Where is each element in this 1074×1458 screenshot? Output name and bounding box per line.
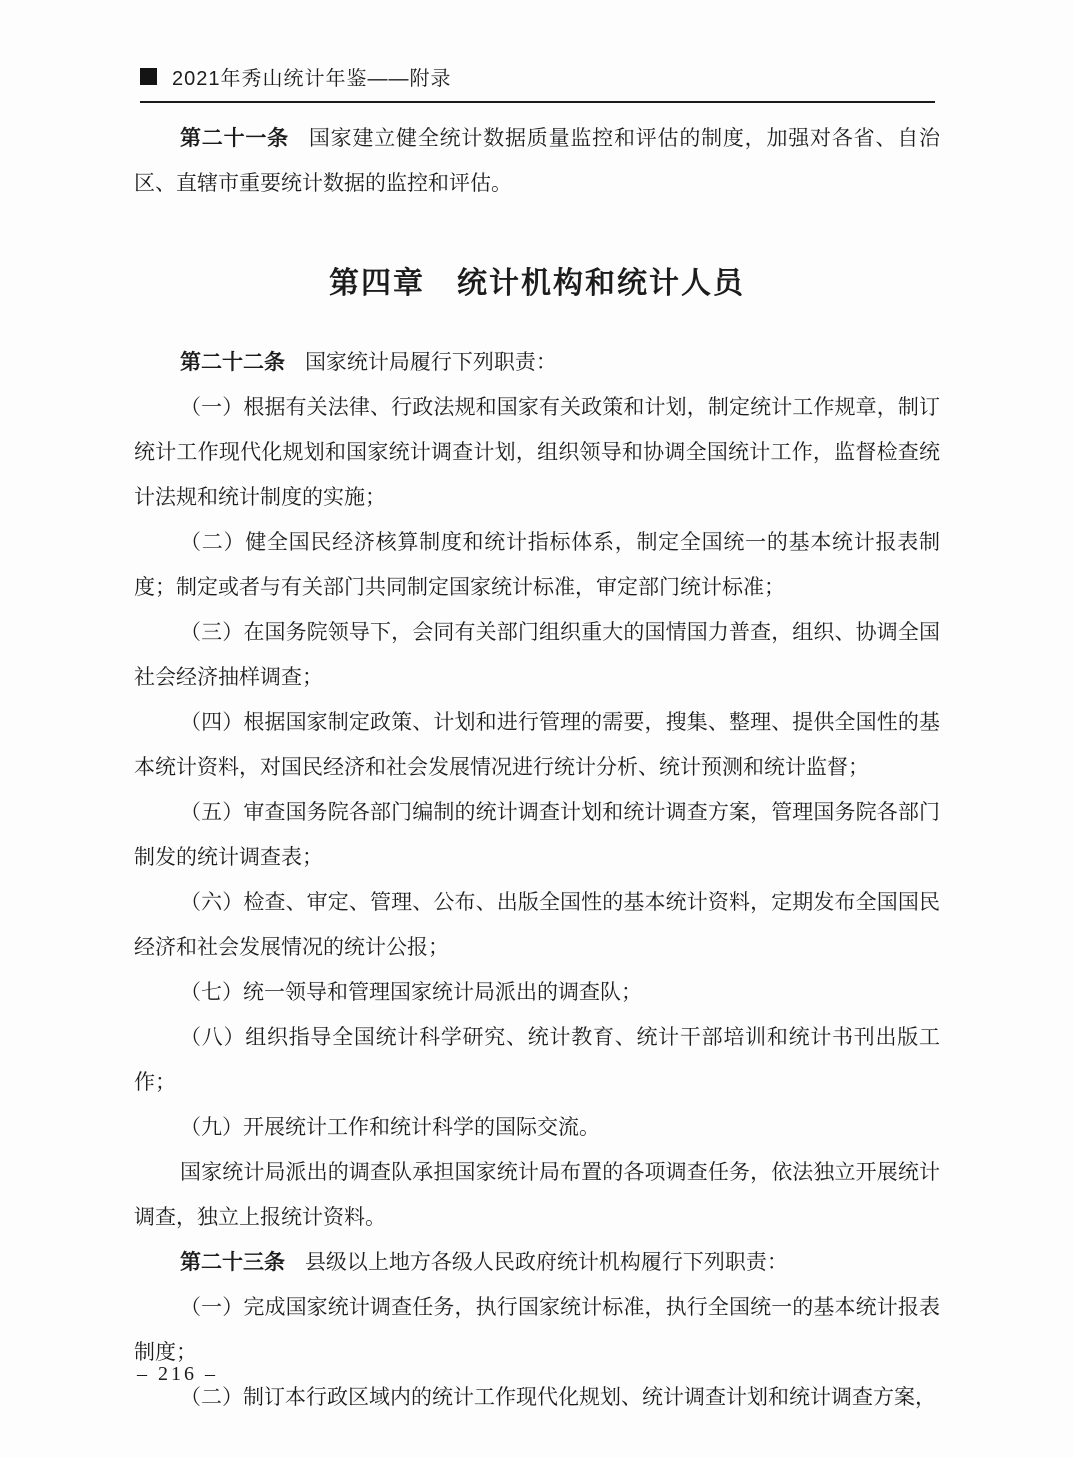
article-22-item-9: （九）开展统计工作和统计科学的国际交流。 <box>134 1105 940 1150</box>
article-22-text: 国家统计局履行下列职责： <box>305 350 557 374</box>
running-head-title: 2021年秀山统计年鉴——附录 <box>172 62 452 91</box>
section-marker-icon <box>140 68 157 85</box>
article-21-number: 第二十一条 <box>180 127 289 150</box>
article-22-item-3: （三）在国务院领导下，会同有关部门组织重大的国情国力普查，组织、协调全国社会经济… <box>134 610 940 700</box>
article-22-item-7: （七）统一领导和管理国家统计局派出的调查队； <box>134 970 940 1015</box>
article-22-item-1: （一）根据有关法律、行政法规和国家有关政策和计划，制定统计工作规章，制订统计工作… <box>134 385 940 520</box>
article-23-paragraph: 第二十三条县级以上地方各级人民政府统计机构履行下列职责： <box>134 1240 940 1285</box>
article-22-item-8: （八）组织指导全国统计科学研究、统计教育、统计干部培训和统计书刊出版工作； <box>134 1015 940 1105</box>
article-22-item-2: （二）健全国民经济核算制度和统计指标体系，制定全国统一的基本统计报表制度；制定或… <box>134 520 940 610</box>
article-22-item-4: （四）根据国家制定政策、计划和进行管理的需要，搜集、整理、提供全国性的基本统计资… <box>134 700 940 790</box>
article-21-paragraph: 第二十一条国家建立健全统计数据质量监控和评估的制度，加强对各省、自治区、直辖市重… <box>134 116 940 206</box>
article-23-item-1: （一）完成国家统计调查任务，执行国家统计标准，执行全国统一的基本统计报表制度； <box>134 1285 940 1375</box>
article-22-item-5: （五）审查国务院各部门编制的统计调查计划和统计调查方案，管理国务院各部门制发的统… <box>134 790 940 880</box>
article-22-item-6: （六）检查、审定、管理、公布、出版全国性的基本统计资料，定期发布全国国民经济和社… <box>134 880 940 970</box>
article-body: 第二十一条国家建立健全统计数据质量监控和评估的制度，加强对各省、自治区、直辖市重… <box>134 116 940 1420</box>
article-22-paragraph: 第二十二条国家统计局履行下列职责： <box>134 340 940 385</box>
chapter-heading: 第四章 统计机构和统计人员 <box>134 261 940 306</box>
page-number: – 216 – <box>137 1363 218 1386</box>
document-page: 2021年秀山统计年鉴——附录 第二十一条国家建立健全统计数据质量监控和评估的制… <box>0 0 1074 1458</box>
dispatch-teams-paragraph: 国家统计局派出的调查队承担国家统计局布置的各项调查任务，依法独立开展统计调查，独… <box>134 1150 940 1240</box>
article-23-item-2: （二）制订本行政区域内的统计工作现代化规划、统计调查计划和统计调查方案， <box>134 1375 940 1420</box>
article-23-text: 县级以上地方各级人民政府统计机构履行下列职责： <box>305 1250 788 1274</box>
article-23-number: 第二十三条 <box>180 1251 285 1274</box>
article-22-number: 第二十二条 <box>180 351 285 374</box>
running-head: 2021年秀山统计年鉴——附录 <box>140 62 935 103</box>
